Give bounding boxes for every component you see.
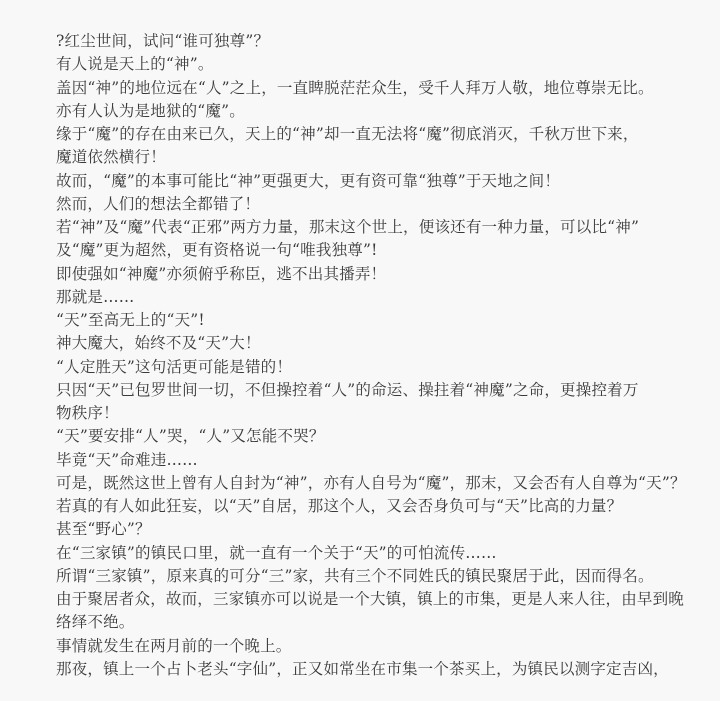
text-line: 甚至“野心”？ <box>56 518 676 541</box>
text-line: 盖因“神”的地位远在“人”之上，一直睥脱茫茫众生，受千人拜万人敬，地位尊崇无比。 <box>56 77 676 100</box>
text-line: 那夜，镇上一个占卜老头“字仙”，正又如常坐在市集一个茶买上，为镇民以测字定吉凶， <box>56 658 676 681</box>
text-line: 有人说是天上的“神”。 <box>56 53 676 76</box>
text-line: “天”要安排“人”哭，“人”又怎能不哭？ <box>56 425 676 448</box>
text-line: “天”至高无上的“天”! <box>56 309 676 332</box>
text-line: 事情就发生在两月前的一个晚上。 <box>56 635 676 658</box>
document-body: ?红尘世间，试问“谁可独尊”？ 有人说是天上的“神”。 盖因“神”的地位远在“人… <box>56 30 676 681</box>
text-line: 魔道依然横行！ <box>56 146 676 169</box>
text-line: 只因“天”已包罗世间一切，不但操控着“人”的命运、操拄着“神魔”之命，更操控着万 <box>56 379 676 402</box>
text-line: 及“魔”更为超然，更有资格说一句“唯我独尊”! <box>56 239 676 262</box>
text-line: 由于聚居者众，故而，三家镇亦可以说是一个大镇，镇上的市集，更是人来人往，由早到晚 <box>56 588 676 611</box>
text-line: 若“神”及“魔”代表“正邪”两方力量，那末这个世上，便该还有一种力量，可以比“神… <box>56 216 676 239</box>
text-line: 那就是…… <box>56 286 676 309</box>
text-line: 即使强如“神魔”亦须俯乎称臣，逃不出其播弄！ <box>56 263 676 286</box>
text-line: 物秩序！ <box>56 402 676 425</box>
text-line: 若真的有人如此狂妄，以“天”自居，那这个人，又会否身负可与“天”比高的力量？ <box>56 495 676 518</box>
text-line: 可是，既然这世上曾有人自封为“神”，亦有人自号为“魔”，那末，又会否有人自尊为“… <box>56 472 676 495</box>
text-line: 毕竟“天”命难违…… <box>56 449 676 472</box>
text-line: “人定胜天”这句活更可能是错的！ <box>56 356 676 379</box>
text-line: 在“三家镇”的镇民口里，就一直有一个关于“天”的可怕流传…… <box>56 542 676 565</box>
text-line: 然而，人们的想法全都错了！ <box>56 193 676 216</box>
text-line: 神大魔大，始终不及“天”大！ <box>56 332 676 355</box>
text-line: 缘于“魔”的存在由来已久，天上的“神”却一直无法将“魔”彻底消灭，千秋万世下来， <box>56 123 676 146</box>
text-line: 所谓“三家镇”，原来真的可分“三”家，共有三个不同姓氏的镇民聚居于此，因而得名。 <box>56 565 676 588</box>
text-line: ?红尘世间，试问“谁可独尊”？ <box>56 30 676 53</box>
text-line: 络绎不绝。 <box>56 611 676 634</box>
text-line: 故而，“魔”的本事可能比“神”更强更大，更有资可靠“独尊”于天地之间！ <box>56 170 676 193</box>
text-line: 亦有人认为是地狱的“魔”。 <box>56 100 676 123</box>
